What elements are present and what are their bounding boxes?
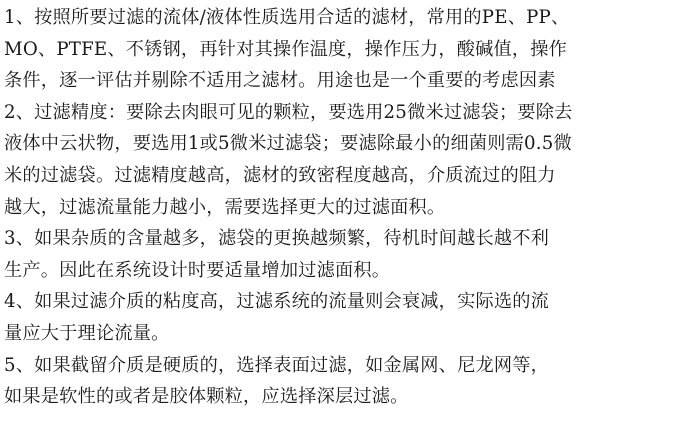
text-line: 量应大于理论流量。 — [4, 318, 680, 350]
paragraph-3: 3、如果杂质的含量越多，滤袋的更换越频繁，待机时间越长越不利 生产。因此在系统设… — [4, 223, 680, 286]
text-line: 液体中云状物，要选用1或5微米过滤袋；要滤除最小的细菌则需0.5微 — [4, 128, 680, 160]
paragraph-4: 4、如果过滤介质的粘度高，过滤系统的流量则会衰减，实际选的流 量应大于理论流量。 — [4, 286, 680, 349]
text-line: 生产。因此在系统设计时要适量增加过滤面积。 — [4, 255, 680, 287]
text-line: 如果是软性的或者是胶体颗粒，应选择深层过滤。 — [4, 381, 680, 413]
paragraph-5: 5、如果截留介质是硬质的，选择表面过滤，如金属网、尼龙网等， 如果是软性的或者是… — [4, 350, 680, 413]
text-line: 条件，逐一评估并剔除不适用之滤材。用途也是一个重要的考虑因素 — [4, 65, 680, 97]
document-body: 1、按照所要过滤的流体/液体性质选用合适的滤材，常用的PE、PP、 MO、PTF… — [4, 2, 680, 413]
text-line: 1、按照所要过滤的流体/液体性质选用合适的滤材，常用的PE、PP、 — [4, 2, 680, 34]
text-line: 越大，过滤流量能力越小，需要选择更大的过滤面积。 — [4, 192, 680, 224]
text-line: MO、PTFE、不锈钢，再针对其操作温度，操作压力，酸碱值，操作 — [4, 34, 680, 66]
text-line: 5、如果截留介质是硬质的，选择表面过滤，如金属网、尼龙网等， — [4, 350, 680, 382]
paragraph-1: 1、按照所要过滤的流体/液体性质选用合适的滤材，常用的PE、PP、 MO、PTF… — [4, 2, 680, 97]
text-line: 2、过滤精度：要除去肉眼可见的颗粒，要选用25微米过滤袋；要除去 — [4, 97, 680, 129]
paragraph-2: 2、过滤精度：要除去肉眼可见的颗粒，要选用25微米过滤袋；要除去 液体中云状物，… — [4, 97, 680, 223]
text-line: 4、如果过滤介质的粘度高，过滤系统的流量则会衰减，实际选的流 — [4, 286, 680, 318]
text-line: 米的过滤袋。过滤精度越高，滤材的致密程度越高，介质流过的阻力 — [4, 160, 680, 192]
text-line: 3、如果杂质的含量越多，滤袋的更换越频繁，待机时间越长越不利 — [4, 223, 680, 255]
